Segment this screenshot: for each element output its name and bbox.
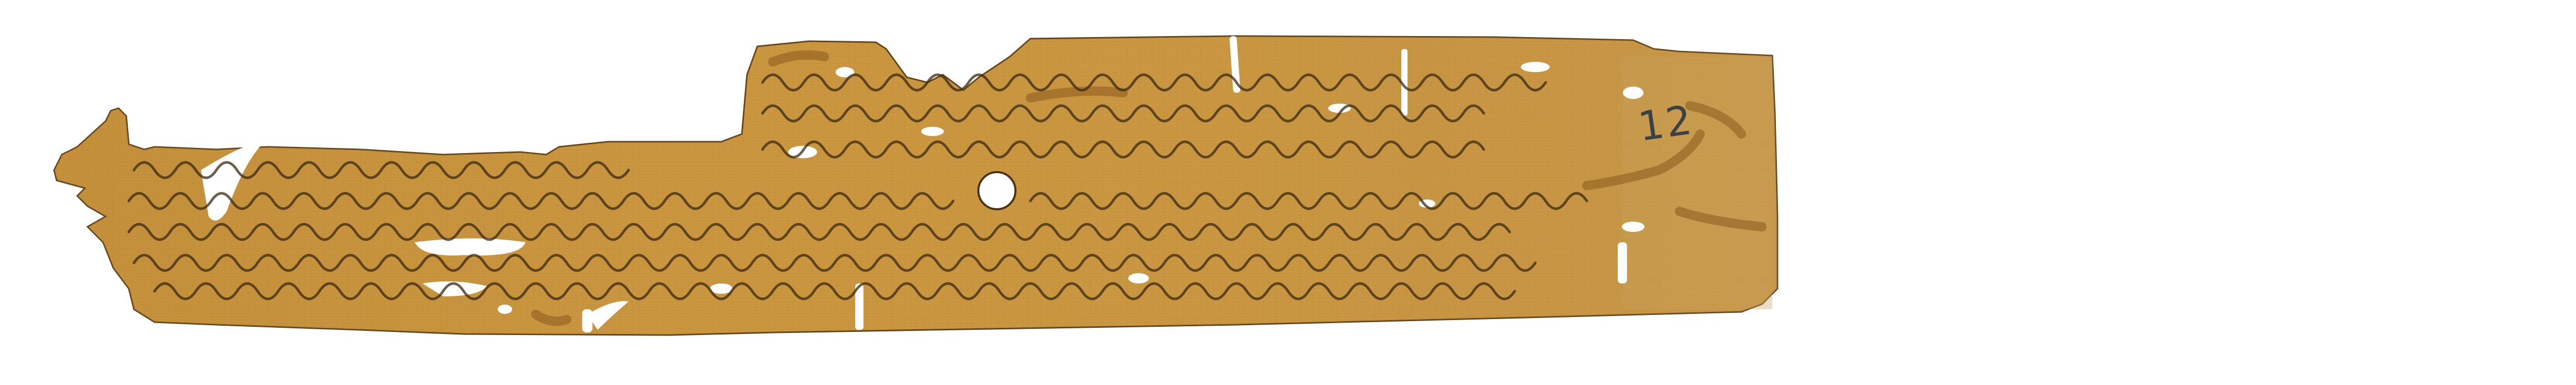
manuscript-page: 12 12 xyxy=(0,0,2576,385)
string-hole xyxy=(978,172,1015,209)
palm-leaf xyxy=(0,0,2576,385)
handwritten-leaf-number: 12 xyxy=(1635,97,1697,150)
